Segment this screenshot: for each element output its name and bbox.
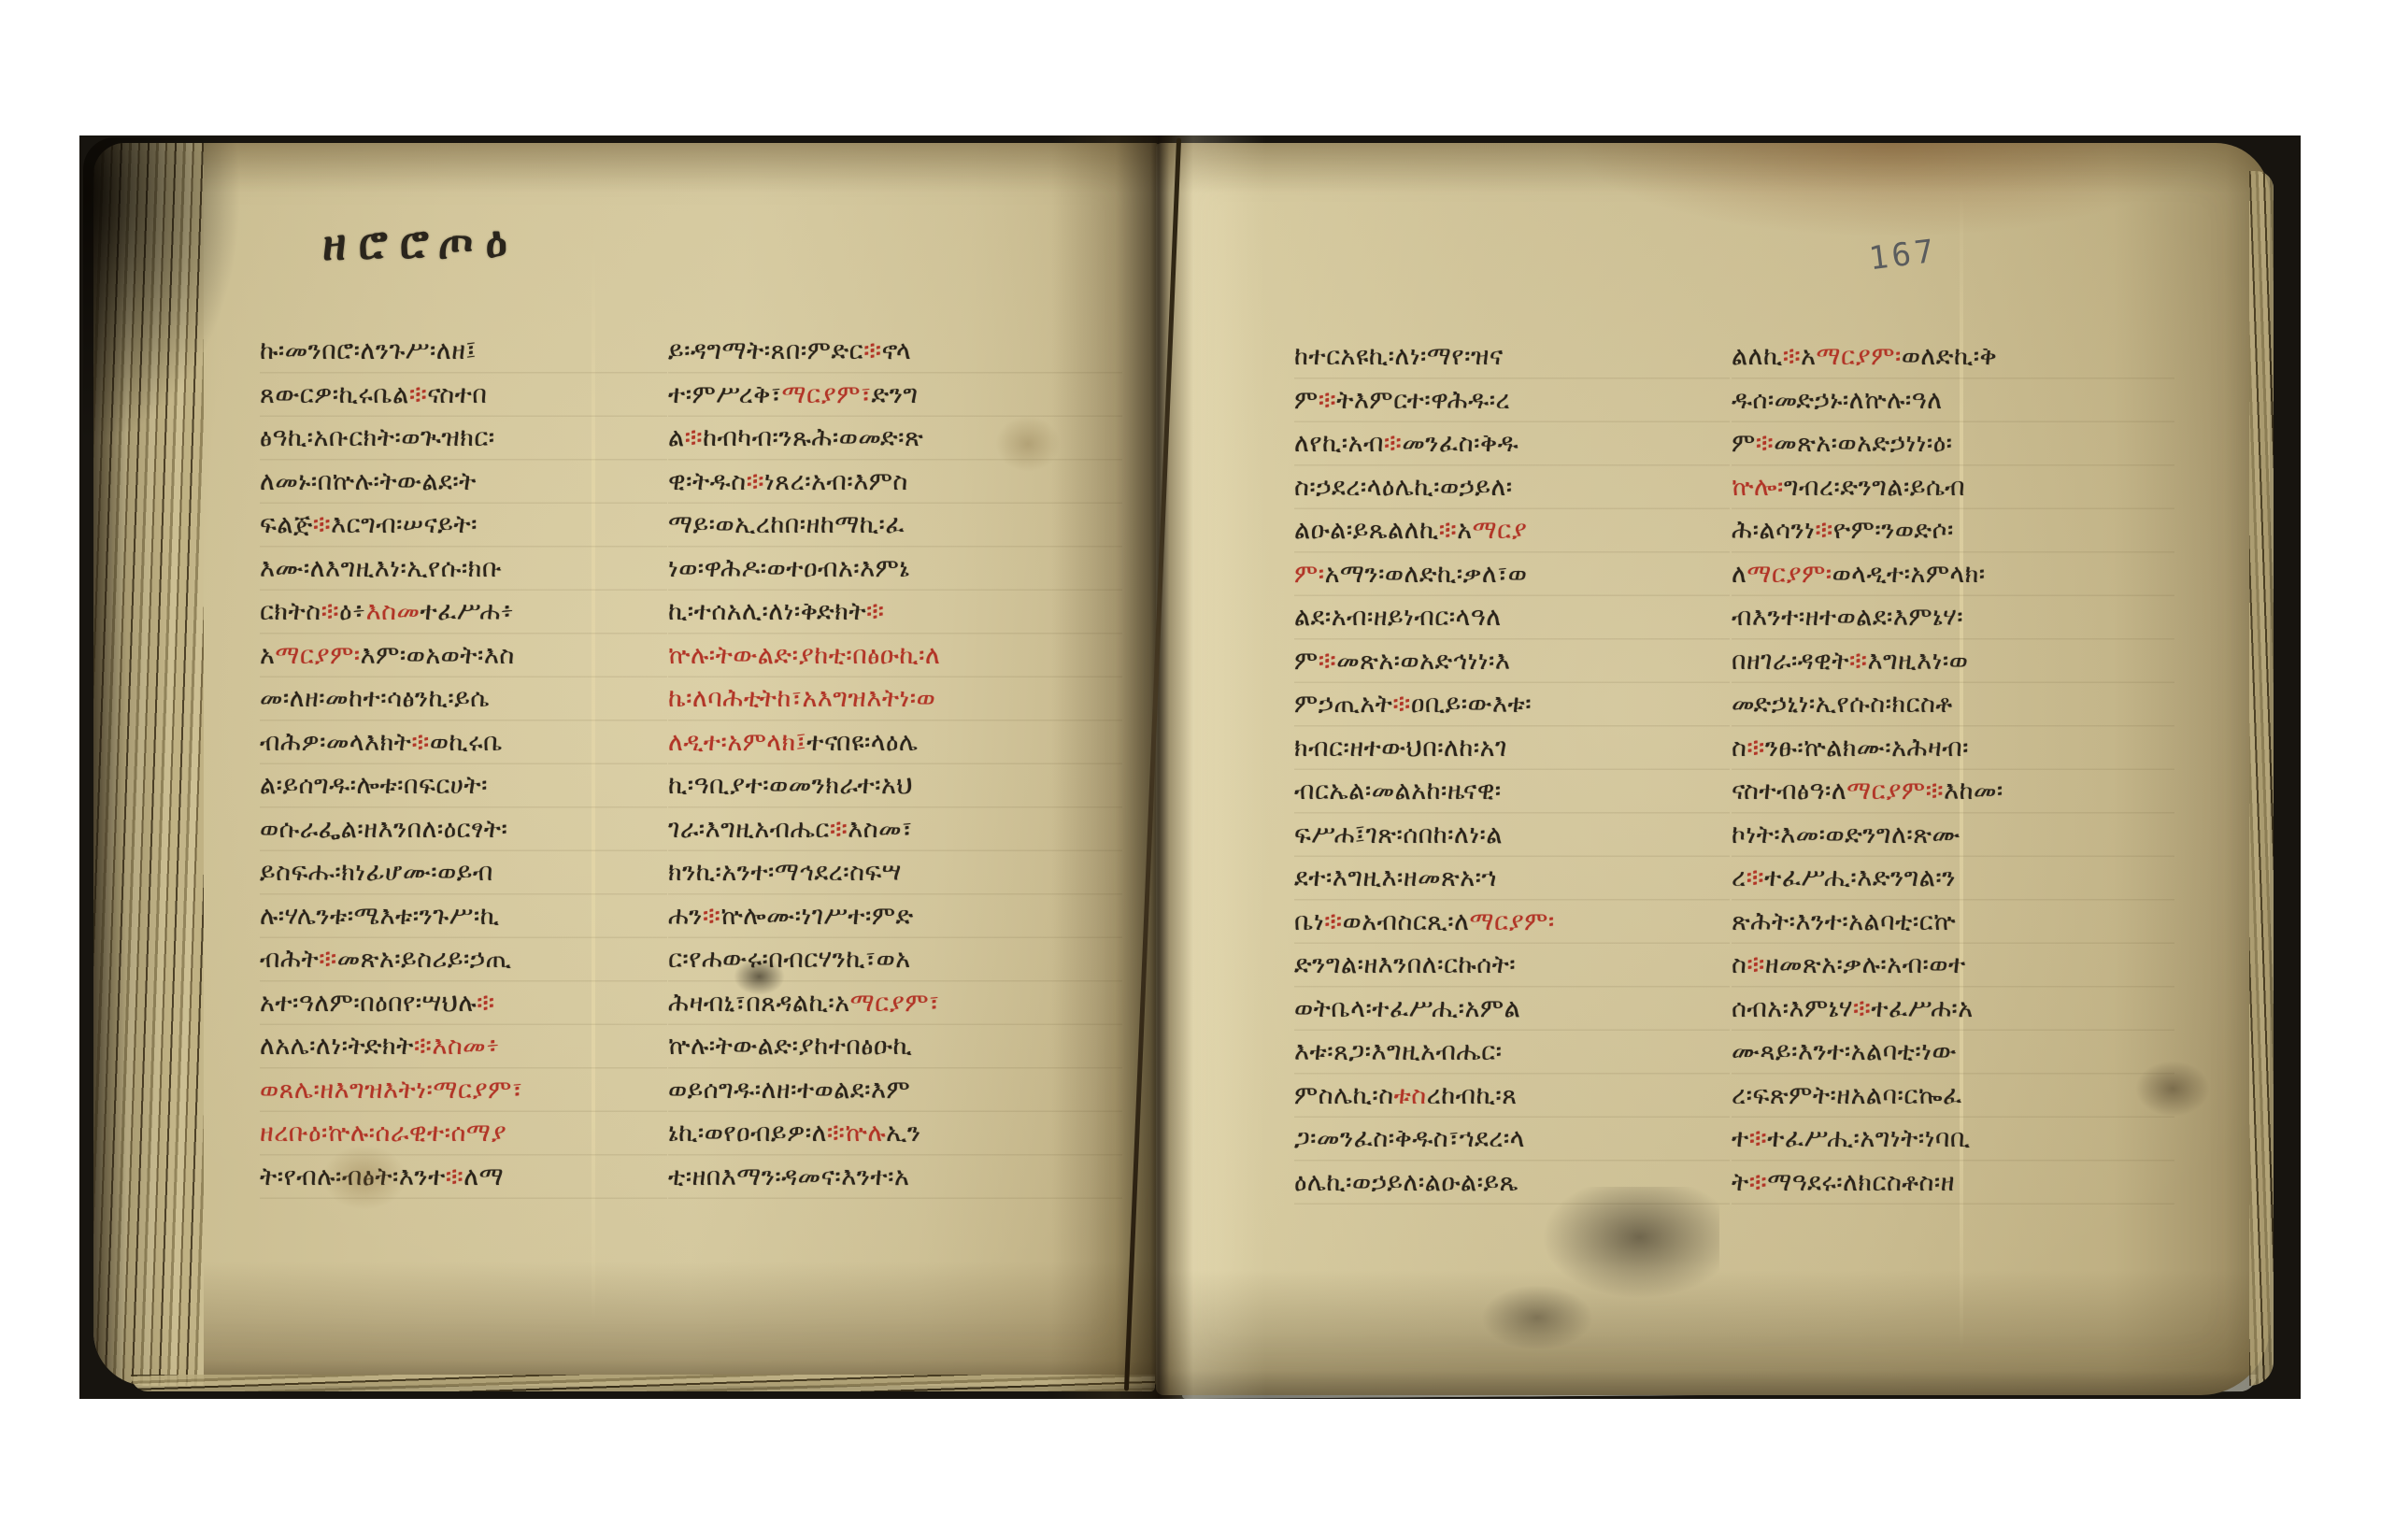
black-ink-text: ጋ፡መንፈስ፡ቅዱስ፣ኀደረ፡ላ bbox=[1294, 1124, 1525, 1153]
red-ink-text: ፨ bbox=[747, 467, 764, 496]
manuscript-line: ል፡ይሰግዱ፡ሎቱ፡በፍርሀት፡ bbox=[260, 764, 667, 808]
manuscript-line: ሐን፨ኵሎሙ፡ነገሥተ፡ምድ bbox=[668, 895, 1122, 939]
black-ink-text: ብእንተ፡ዘተወልደ፡እምኔሃ፡ bbox=[1732, 603, 1963, 632]
red-ink-text: ማርያም፨ bbox=[1846, 777, 1944, 806]
manuscript-line: ጽሕት፡እንተ፡አልባቲ፡ርኵ bbox=[1732, 901, 2174, 945]
manuscript-line: ስ፡ኃደረ፡ላዕሌኪ፡ወኃይለ፡ bbox=[1294, 466, 1730, 510]
manuscript-line: ልደ፡አብ፡ዘይነብር፡ላዓለ bbox=[1294, 596, 1730, 640]
manuscript-line: ድንግል፡ዘእንበለ፡ርኩሰት፡ bbox=[1294, 944, 1730, 988]
black-ink-text: ዕሌኪ፡ወኃይለ፡ልዑል፡ይጼ bbox=[1294, 1168, 1518, 1197]
black-ink-text: ልለኪ bbox=[1732, 342, 1783, 371]
black-ink-text: ወትቤላ፡ተፈሥሒ፡አምል bbox=[1294, 994, 1520, 1023]
manuscript-line: እቱ፡ጸጋ፡እግዚአብሔር፡ bbox=[1294, 1031, 1730, 1075]
manuscript-line: ኩ፡መንበሮ፡ለንጉሥ፡ለዘ፤ bbox=[260, 330, 667, 374]
manuscript-line: ዘረቡዕ፡ኵሉ፡ሰራዊተ፡ሰማያ bbox=[260, 1112, 667, 1156]
black-ink-text: በዘገራ፡ዳዊት bbox=[1732, 647, 1849, 676]
manuscript-line: ብርኤል፡መልአከ፡ዜናዊ፡ bbox=[1294, 770, 1730, 814]
black-ink-text: ስ bbox=[1732, 950, 1747, 979]
manuscript-line: መድኃኒነ፡ኢየሱስ፡ክርስቶ bbox=[1732, 683, 2174, 727]
red-ink-text: ፨ bbox=[477, 989, 494, 1018]
black-ink-text: ብርኤል፡መልአከ፡ዜናዊ፡ bbox=[1294, 777, 1502, 806]
red-ink-text: ቱስ bbox=[1394, 1081, 1427, 1110]
black-ink-text: ዊ፡ትዱስ bbox=[668, 467, 747, 496]
manuscript-line: በዘገራ፡ዳዊት፨እግዚእነ፡ወ bbox=[1732, 640, 2174, 684]
black-ink-text: እርግብ፡ሠናይት፡ bbox=[331, 510, 478, 539]
text-column-3: ከተርአዩኪ፡ለነ፡ማየ፡ዝናም፨ትእምርተ፡ዋሕዱ፡ረለየኪ፡አብ፨መንፈስ፡… bbox=[1294, 335, 1730, 1205]
red-ink-text: ፨ bbox=[866, 597, 884, 626]
black-ink-text: መጽአ፡ወአድኃነነ፡ዕ፡ bbox=[1774, 429, 1952, 458]
black-ink-text: እቱ፡ጸጋ፡እግዚአብሔር፡ bbox=[1294, 1037, 1503, 1066]
manuscript-line: ደተ፡እግዚእ፡ዘመጽአ፡ኀ bbox=[1294, 857, 1730, 901]
manuscript-line: ክንኪ፡አንተ፡ማኅደረ፡ስፍሣ bbox=[668, 851, 1122, 895]
black-ink-text: መጽአ፡ይስሪይ፡ኃጢ bbox=[337, 945, 512, 974]
manuscript-line: ልለኪ፨አማርያም፡ወለድኪ፡ቅ bbox=[1732, 335, 2174, 379]
red-ink-text: ፨እስመ፥ bbox=[414, 1032, 500, 1061]
manuscript-line: ለየኪ፡አብ፨መንፈስ፡ቅዱ bbox=[1294, 422, 1730, 466]
red-ink-text: እስመ bbox=[366, 597, 421, 626]
black-ink-text: ምኃጢአት bbox=[1294, 690, 1392, 719]
manuscript-line: ዱሰ፡መድኃኑ፡ለኵሉ፡ዓለ bbox=[1732, 379, 2174, 423]
manuscript-line: ይስፍሑ፡ክነፊሆሙ፡ወይብ bbox=[260, 851, 667, 895]
black-ink-text: ረከብኪ፡ጸ bbox=[1427, 1081, 1518, 1110]
black-ink-text: ት፡የብሉ፡ብፅት፡እንተ bbox=[260, 1162, 446, 1191]
manuscript-line: ብሕዎ፡መላእክት፨ወኪሩቤ bbox=[260, 721, 667, 765]
manuscript-line: ጸውርዎ፡ኪሩቤል፨ናስተበ bbox=[260, 374, 667, 418]
manuscript-line: ሉ፡ሃሌንቱ፡ሜእቱ፡ንጉሥ፡ኪ bbox=[260, 895, 667, 939]
manuscript-line: ሕዛብኒ፣በጸዳልኪ፡አማርያም፣ bbox=[668, 982, 1122, 1026]
manuscript-line: ሰብአ፡እምኔሃ፨ተፈሥሐ፡አ bbox=[1732, 988, 2174, 1032]
black-ink-text: መ፡ለዘ፡መከተ፡ሳፅንኪ፡ይሴ bbox=[260, 684, 490, 713]
red-ink-text: ማርያም፡ bbox=[1469, 907, 1554, 936]
red-ink-text: ወጸሌ፡ዘእግዝእትነ፡ማርያም፣ bbox=[260, 1076, 522, 1105]
manuscript-line: ለማርያም፡ወላዲተ፡አምላክ፡ bbox=[1732, 553, 2174, 597]
manuscript-line: ሙጻይ፡እንተ፡አልባቲ፡ነው bbox=[1732, 1031, 2174, 1075]
manuscript-line: ምኃጢአት፨ዐቢይ፡ውእቱ፡ bbox=[1294, 683, 1730, 727]
manuscript-line: ክብር፡ዘተውህበ፡ለከ፡አገ bbox=[1294, 727, 1730, 771]
manuscript-line: ወይሰግዱ፡ለዘ፡ተወልደ፡እም bbox=[668, 1069, 1122, 1113]
red-ink-text: ፨ bbox=[685, 423, 703, 452]
manuscript-line: ልዑል፡ይጼልለኪ፨አማርያ bbox=[1294, 509, 1730, 553]
manuscript-line: ርክትስ፨ዕ፥እስመተፈሥሐ፥ bbox=[260, 591, 667, 635]
manuscript-line: ቤነ፨ወአብስርጺ፡ለማርያም፡ bbox=[1294, 901, 1730, 945]
black-ink-text: ም bbox=[1294, 647, 1319, 676]
photo-background: ዘሮሮጦዕ 167 ኩ፡መንበሮ፡ለንጉሥ፡ለዘ፤ጸውርዎ፡ኪሩቤል፨ናስተበፅ… bbox=[79, 135, 2301, 1399]
red-ink-text: ኵሎ፡ bbox=[1732, 473, 1784, 502]
black-ink-text: ናስተብፅዓ፡ለ bbox=[1732, 777, 1846, 806]
manuscript-line: ት፨ማዓደሩ፡ለክርስቶስ፡ዘ bbox=[1732, 1162, 2174, 1205]
black-ink-text: ልዑል፡ይጼልለኪ bbox=[1294, 516, 1439, 545]
red-ink-text: ፨ bbox=[313, 510, 331, 539]
black-ink-text: ል፡ይሰግዱ፡ሎቱ፡በፍርሀት፡ bbox=[260, 771, 488, 800]
red-ink-text: ፨ኵሉ bbox=[827, 1119, 886, 1148]
black-ink-text: ነጸረ፡አብ፡እምስ bbox=[764, 467, 908, 496]
manuscript-line: ም፨ትእምርተ፡ዋሕዱ፡ረ bbox=[1294, 379, 1730, 423]
red-ink-text: ፨ bbox=[1747, 734, 1764, 763]
black-ink-text: ደተ፡እግዚእ፡ዘመጽአ፡ኀ bbox=[1294, 863, 1497, 892]
black-ink-text: ዘመጽአ፡ቃሉ፡አብ፡ወተ bbox=[1765, 950, 1966, 979]
red-ink-text: ፨ bbox=[321, 597, 339, 626]
black-ink-text: ክብር፡ዘተውህበ፡ለከ፡አገ bbox=[1294, 734, 1507, 763]
black-ink-text: አ bbox=[260, 641, 275, 670]
black-ink-text: መንፈስ፡ቅዱ bbox=[1402, 429, 1518, 458]
text-column-2: ይ፡ዳግማት፡ጸበ፡ምድር፨ኖላተ፡ምሥረቅ፣ማርያም፣ድንግል፨ከብካብ፡ንጹ… bbox=[668, 330, 1122, 1199]
manuscript-line: ም፡አማን፡ወለድኪ፡ቃለ፣ወ bbox=[1294, 553, 1730, 597]
manuscript-line: ብሕት፨መጽአ፡ይስሪይ፡ኃጢ bbox=[260, 938, 667, 982]
manuscript-line: ዊ፡ትዱስ፨ነጸረ፡አብ፡እምስ bbox=[668, 461, 1122, 505]
black-ink-text: ኢን bbox=[886, 1119, 920, 1148]
black-ink-text: ነወ፡ዋሕዶ፡ወተዐብአ፡እምኔ bbox=[668, 554, 910, 583]
manuscript-line: ወትቤላ፡ተፈሥሒ፡አምል bbox=[1294, 988, 1730, 1032]
manuscript-line: ፅዓኪ፡አቡርክት፡ወጒዝክር፡ bbox=[260, 417, 667, 461]
black-ink-text: ም bbox=[1294, 386, 1319, 415]
black-ink-text: ማይ፡ወኢረከበ፡ዘከማኪ፡ፈ bbox=[668, 510, 905, 539]
black-ink-text: ይስፍሑ፡ክነፊሆሙ፡ወይብ bbox=[260, 858, 493, 887]
black-ink-text: ተፈሥሒ፡አግነት፡ነባቢ bbox=[1767, 1124, 1970, 1153]
red-ink-text: ማርያም፡ bbox=[275, 641, 360, 670]
red-ink-text: ፨ bbox=[1849, 647, 1867, 676]
manuscript-line: ፍልጅ፨እርግብ፡ሠናይት፡ bbox=[260, 504, 667, 548]
red-ink-text: ፨ bbox=[1783, 342, 1801, 371]
black-ink-text: ኖላ bbox=[882, 336, 912, 365]
black-ink-text: ለማ bbox=[463, 1162, 504, 1191]
black-ink-text: ረ bbox=[1732, 863, 1747, 892]
manuscript-line: ለአሌ፡ለነ፡ትድክት፨እስመ፥ bbox=[260, 1025, 667, 1069]
red-ink-text: ፨ bbox=[319, 945, 336, 974]
red-ink-text: ፨ bbox=[411, 728, 429, 757]
black-ink-text: ተ bbox=[1732, 1124, 1749, 1153]
black-ink-text: ፍሥሐ፤ገጽ፡ሰበከ፡ለነ፡ል bbox=[1294, 820, 1503, 849]
manuscript-line: ኵሉ፡ትውልድ፡ያከተበፅዑኪ bbox=[668, 1025, 1122, 1069]
manuscript-line: ስ፨ንፁ፡ኵልክሙ፡አሕዛብ፡ bbox=[1732, 727, 2174, 771]
red-ink-text: ፨ bbox=[409, 380, 427, 409]
black-ink-text: ወላዲተ፡አምላክ፡ bbox=[1832, 560, 1986, 589]
manuscript-line: ናስተብፅዓ፡ለማርያም፨እከመ፡ bbox=[1732, 770, 2174, 814]
black-ink-text: ት bbox=[1732, 1168, 1749, 1197]
black-ink-text: ሐን bbox=[668, 902, 703, 931]
black-ink-text: አማን፡ወለድኪ፡ቃለ፣ወ bbox=[1325, 560, 1528, 589]
black-ink-text: ተፈሥሒ፡እድንግል፡ን bbox=[1764, 863, 1956, 892]
manuscript-line: ኮነት፡እመ፡ወድንግለ፡ጽሙ bbox=[1732, 814, 2174, 858]
black-ink-text: ስ፡ኃደረ፡ላዕሌኪ፡ወኃይለ፡ bbox=[1294, 473, 1513, 502]
black-ink-text: ድንግ bbox=[872, 380, 919, 409]
red-ink-text: ፨ bbox=[1749, 1124, 1767, 1153]
black-ink-text: ሰብአ፡እምኔሃ bbox=[1732, 994, 1853, 1023]
black-ink-text: ፍልጅ bbox=[260, 510, 313, 539]
manuscript-line: ኔኪ፡ወየዐብይዎ፡ለ፨ኵሉኢን bbox=[668, 1112, 1122, 1156]
black-ink-text: መድኃኒነ፡ኢየሱስ፡ክርስቶ bbox=[1732, 690, 1953, 719]
manuscript-line: ኵሎ፡ግብረ፡ድንግል፡ይሴብ bbox=[1732, 466, 2174, 510]
black-ink-text: እግዚእነ፡ወ bbox=[1867, 647, 1968, 676]
black-ink-text: ረ፡ፍጽምት፡ዘአልባ፡ርኰፈ bbox=[1732, 1081, 1962, 1110]
black-ink-text: ቲ፡ዘበእማን፡ዳመና፡እንተ፡አ bbox=[668, 1162, 909, 1191]
manuscript-line: ል፨ከብካብ፡ንጹሕ፡ወመድ፡ጽ bbox=[668, 417, 1122, 461]
red-ink-text: ፨ bbox=[1815, 516, 1832, 545]
black-ink-text: እከመ፡ bbox=[1944, 777, 2003, 806]
black-ink-text: ብሕዎ፡መላእክት bbox=[260, 728, 411, 757]
red-ink-text: ማርያም፣ bbox=[782, 380, 872, 409]
manuscript-line: ረ፡ፍጽምት፡ዘአልባ፡ርኰፈ bbox=[1732, 1075, 2174, 1119]
black-ink-text: አ bbox=[1457, 516, 1472, 545]
red-ink-text: ፨ bbox=[1747, 950, 1764, 979]
manuscript-line: ኵሉ፡ትውልድ፡ያከቲ፡በፅዑኪ፡ለ bbox=[668, 635, 1122, 678]
black-ink-text: ስ bbox=[1732, 734, 1747, 763]
manuscript-line: ብእንተ፡ዘተወልደ፡እምኔሃ፡ bbox=[1732, 596, 2174, 640]
red-ink-text: ፨ bbox=[863, 336, 881, 365]
red-ink-text: ዘረቡዕ፡ኵሉ፡ሰራዊተ፡ሰማያ bbox=[260, 1119, 506, 1148]
red-ink-text: ማርያ bbox=[1473, 516, 1528, 545]
black-ink-text: ገራ፡እግዚአብሔር bbox=[668, 815, 830, 844]
red-ink-text: ፨ bbox=[703, 902, 720, 931]
black-ink-text: ወኪሩቤ bbox=[430, 728, 503, 757]
black-ink-text: ለ bbox=[1732, 560, 1747, 589]
red-ink-text: ኵሉ፡ትውልድ፡ያከቲ፡በፅዑኪ፡ለ bbox=[668, 641, 940, 670]
black-ink-text: ተናበዩ፡ላዕሌ bbox=[806, 728, 918, 757]
manuscript-line: ወሱራፌል፡ዘእንበለ፡ዕርፃት፡ bbox=[260, 808, 667, 852]
black-ink-text: ኪ፡ዓቢያተ፡ወመንክራተ፡አህ bbox=[668, 771, 913, 800]
red-ink-text: ፨ bbox=[1749, 1168, 1767, 1197]
manuscript-line: ተ፨ተፈሥሒ፡አግነት፡ነባቢ bbox=[1732, 1118, 2174, 1162]
black-ink-text: ተ፡ምሥረቅ፣ bbox=[668, 380, 782, 409]
black-ink-text: ልደ፡አብ፡ዘይነብር፡ላዓለ bbox=[1294, 603, 1502, 632]
black-ink-text: ናስተበ bbox=[427, 380, 487, 409]
black-ink-text: እስመ፣ bbox=[848, 815, 912, 844]
text-column-4: ልለኪ፨አማርያም፡ወለድኪ፡ቅዱሰ፡መድኃኑ፡ለኵሉ፡ዓለም፨መጽአ፡ወአድኃ… bbox=[1732, 335, 2174, 1205]
red-ink-text: ማርያም፣ bbox=[850, 989, 940, 1018]
black-ink-text: ወለድኪ፡ቅ bbox=[1902, 342, 1997, 371]
manuscript-line: ረ፨ተፈሥሒ፡እድንግል፡ን bbox=[1732, 857, 2174, 901]
black-ink-text: ኔኪ፡ወየዐብይዎ፡ለ bbox=[668, 1119, 827, 1148]
red-ink-text: ፨ bbox=[1319, 647, 1336, 676]
black-ink-text: ም bbox=[1732, 429, 1756, 458]
black-ink-text: ድንግል፡ዘእንበለ፡ርኩሰት፡ bbox=[1294, 950, 1516, 979]
black-ink-text: ምስሌኪ፡ስ bbox=[1294, 1081, 1394, 1110]
manuscript-line: ዕሌኪ፡ወኃይለ፡ልዑል፡ይጼ bbox=[1294, 1162, 1730, 1205]
black-ink-text: ጸውርዎ፡ኪሩቤል bbox=[260, 380, 409, 409]
black-ink-text: ዱሰ፡መድኃኑ፡ለኵሉ፡ዓለ bbox=[1732, 386, 1943, 415]
black-ink-text: ጽሕት፡እንተ፡አልባቲ፡ርኵ bbox=[1732, 907, 1956, 936]
manuscript-line: ኪ፡ዓቢያተ፡ወመንክራተ፡አህ bbox=[668, 764, 1122, 808]
black-ink-text: ክንኪ፡አንተ፡ማኅደረ፡ስፍሣ bbox=[668, 858, 902, 887]
black-ink-text: ዕ፥ bbox=[339, 597, 366, 626]
manuscript-line: ምስሌኪ፡ስቱስረከብኪ፡ጸ bbox=[1294, 1075, 1730, 1119]
red-ink-text: ለዲተ፡አምላክ፤ bbox=[668, 728, 806, 757]
manuscript-line: ከተርአዩኪ፡ለነ፡ማየ፡ዝና bbox=[1294, 335, 1730, 379]
red-ink-text: ም፡ bbox=[1294, 560, 1325, 589]
black-ink-text: ንፁ፡ኵልክሙ፡አሕዛብ፡ bbox=[1765, 734, 1969, 763]
manuscript-line: ም፨መጽአ፡ወአድኅነነ፡እ bbox=[1294, 640, 1730, 684]
manuscript-line: ኪ፡ተሰአሊ፡ለነ፡ቅድክት፨ bbox=[668, 591, 1122, 635]
black-ink-text: አ bbox=[1801, 342, 1816, 371]
black-ink-text: ኵሉ፡ትውልድ፡ያከተበፅዑኪ bbox=[668, 1032, 912, 1061]
red-ink-text: ፨ bbox=[1324, 907, 1342, 936]
red-ink-text: ፨ bbox=[446, 1162, 463, 1191]
black-ink-text: ትእምርተ፡ዋሕዱ፡ረ bbox=[1336, 386, 1510, 415]
manuscript-line: ነወ፡ዋሕዶ፡ወተዐብአ፡እምኔ bbox=[668, 548, 1122, 592]
manuscript-line: ት፡የብሉ፡ብፅት፡እንተ፨ለማ bbox=[260, 1156, 667, 1200]
red-ink-text: ፨ bbox=[1747, 863, 1764, 892]
black-ink-text: ዮም፡ንወድሶ፡ bbox=[1833, 516, 1954, 545]
red-ink-text: ፨ bbox=[830, 815, 848, 844]
black-ink-text: ሙጻይ፡እንተ፡አልባቲ፡ነው bbox=[1732, 1037, 1957, 1066]
manuscript-line: ገራ፡እግዚአብሔር፨እስመ፣ bbox=[668, 808, 1122, 852]
manuscript-line: ር፡የሐውሩ፡በብርሃንኪ፣ወአ bbox=[668, 938, 1122, 982]
red-ink-text: ፨ bbox=[1384, 429, 1402, 458]
text-column-1: ኩ፡መንበሮ፡ለንጉሥ፡ለዘ፤ጸውርዎ፡ኪሩቤል፨ናስተበፅዓኪ፡አቡርክት፡ወ… bbox=[260, 330, 667, 1199]
black-ink-text: ለአሌ፡ለነ፡ትድክት bbox=[260, 1032, 414, 1061]
black-ink-text: ወሱራፌል፡ዘእንበለ፡ዕርፃት፡ bbox=[260, 815, 507, 844]
red-ink-text: ፨ bbox=[1319, 386, 1336, 415]
manuscript-line: ቲ፡ዘበእማን፡ዳመና፡እንተ፡አ bbox=[668, 1156, 1122, 1200]
black-ink-text: ከተርአዩኪ፡ለነ፡ማየ፡ዝና bbox=[1294, 342, 1504, 371]
black-ink-text: ይ፡ዳግማት፡ጸበ፡ምድር bbox=[668, 336, 863, 365]
manuscript-line: ተ፡ምሥረቅ፣ማርያም፣ድንግ bbox=[668, 374, 1122, 418]
black-ink-text: ዐቢይ፡ውእቱ፡ bbox=[1411, 690, 1532, 719]
manuscript-line: ይ፡ዳግማት፡ጸበ፡ምድር፨ኖላ bbox=[668, 330, 1122, 374]
black-ink-text: አተ፡ዓለም፡በዕበየ፡ሣህሉ bbox=[260, 989, 477, 1018]
manuscript-line: እሙ፡ለእግዚእነ፡ኢየሱ፡ክቡ bbox=[260, 548, 667, 592]
black-ink-text: ሕ፡ልሳንነ bbox=[1732, 516, 1815, 545]
black-ink-text: ወአብስርጺ፡ለ bbox=[1343, 907, 1470, 936]
black-ink-text: እሙ፡ለእግዚእነ፡ኢየሱ፡ክቡ bbox=[260, 554, 502, 583]
manuscript-line: መ፡ለዘ፡መከተ፡ሳፅንኪ፡ይሴ bbox=[260, 677, 667, 721]
red-ink-text: ፨ bbox=[1853, 994, 1871, 1023]
black-ink-text: ር፡የሐውሩ፡በብርሃንኪ፣ወአ bbox=[668, 945, 911, 974]
manuscript-line: ጋ፡መንፈስ፡ቅዱስ፣ኀደረ፡ላ bbox=[1294, 1118, 1730, 1162]
black-ink-text: ወይሰግዱ፡ለዘ፡ተወልደ፡እም bbox=[668, 1076, 910, 1105]
manuscript-photo-page: ዘሮሮጦዕ 167 ኩ፡መንበሮ፡ለንጉሥ፡ለዘ፤ጸውርዎ፡ኪሩቤል፨ናስተበፅ… bbox=[0, 0, 2381, 1540]
manuscript-line: ማይ፡ወኢረከበ፡ዘከማኪ፡ፈ bbox=[668, 504, 1122, 548]
red-ink-text: ኬ፡ለባሕቲትከ፣አእግዝእትነ፡ወ bbox=[668, 684, 935, 713]
manuscript-line: ም፨መጽአ፡ወአድኃነነ፡ዕ፡ bbox=[1732, 422, 2174, 466]
black-ink-text: ሉ፡ሃሌንቱ፡ሜእቱ፡ንጉሥ፡ኪ bbox=[260, 902, 499, 931]
black-ink-text: ተፈሥሐ፥ bbox=[420, 597, 514, 626]
black-ink-text: ኵሎሙ፡ነገሥተ፡ምድ bbox=[720, 902, 913, 931]
black-ink-text: ፅዓኪ፡አቡርክት፡ወጒዝክር፡ bbox=[260, 423, 495, 452]
manuscript-line: ስ፨ዘመጽአ፡ቃሉ፡አብ፡ወተ bbox=[1732, 944, 2174, 988]
black-ink-text: ማዓደሩ፡ለክርስቶስ፡ዘ bbox=[1767, 1168, 1955, 1197]
black-ink-text: እም፡ወአወት፡እስ bbox=[361, 641, 515, 670]
black-ink-text: ቤነ bbox=[1294, 907, 1324, 936]
black-ink-text: ብሕት bbox=[260, 945, 319, 974]
manuscript-line: ኬ፡ለባሕቲትከ፣አእግዝእትነ፡ወ bbox=[668, 677, 1122, 721]
black-ink-text: ሕዛብኒ፣በጸዳልኪ፡አ bbox=[668, 989, 850, 1018]
black-ink-text: ተፈሥሐ፡አ bbox=[1871, 994, 1973, 1023]
red-ink-text: ፨ bbox=[1392, 690, 1410, 719]
red-ink-text: ማርያም፡ bbox=[1817, 342, 1902, 371]
manuscript-line: ፍሥሐ፤ገጽ፡ሰበከ፡ለነ፡ል bbox=[1294, 814, 1730, 858]
manuscript-line: ለመኑ፡በኵሉ፡ትውልደ፡ት bbox=[260, 461, 667, 505]
red-ink-text: ፨ bbox=[1756, 429, 1774, 458]
manuscript-line: አማርያም፡እም፡ወአወት፡እስ bbox=[260, 635, 667, 678]
manuscript-line: ለዲተ፡አምላክ፤ተናበዩ፡ላዕሌ bbox=[668, 721, 1122, 765]
manuscript-line: ሕ፡ልሳንነ፨ዮም፡ንወድሶ፡ bbox=[1732, 509, 2174, 553]
manuscript-line: ወጸሌ፡ዘእግዝእትነ፡ማርያም፣ bbox=[260, 1069, 667, 1113]
black-ink-text: ግብረ፡ድንግል፡ይሴብ bbox=[1784, 473, 1965, 502]
header-inscription: ዘሮሮጦዕ bbox=[322, 216, 520, 272]
black-ink-text: ኩ፡መንበሮ፡ለንጉሥ፡ለዘ፤ bbox=[260, 336, 477, 365]
black-ink-text: ኪ፡ተሰአሊ፡ለነ፡ቅድክት bbox=[668, 597, 866, 626]
black-ink-text: ርክትስ bbox=[260, 597, 321, 626]
black-ink-text: ለመኑ፡በኵሉ፡ትውልደ፡ት bbox=[260, 467, 477, 496]
black-ink-text: ለየኪ፡አብ bbox=[1294, 429, 1384, 458]
red-ink-text: ማርያም፡ bbox=[1747, 560, 1832, 589]
red-ink-text: ፨ bbox=[1439, 516, 1457, 545]
black-ink-text: ኮነት፡እመ፡ወድንግለ፡ጽሙ bbox=[1732, 820, 1960, 849]
manuscript-line: አተ፡ዓለም፡በዕበየ፡ሣህሉ፨ bbox=[260, 982, 667, 1026]
black-ink-text: ከብካብ፡ንጹሕ፡ወመድ፡ጽ bbox=[703, 423, 923, 452]
black-ink-text: መጽአ፡ወአድኅነነ፡እ bbox=[1336, 647, 1510, 676]
black-ink-text: ል bbox=[668, 423, 685, 452]
